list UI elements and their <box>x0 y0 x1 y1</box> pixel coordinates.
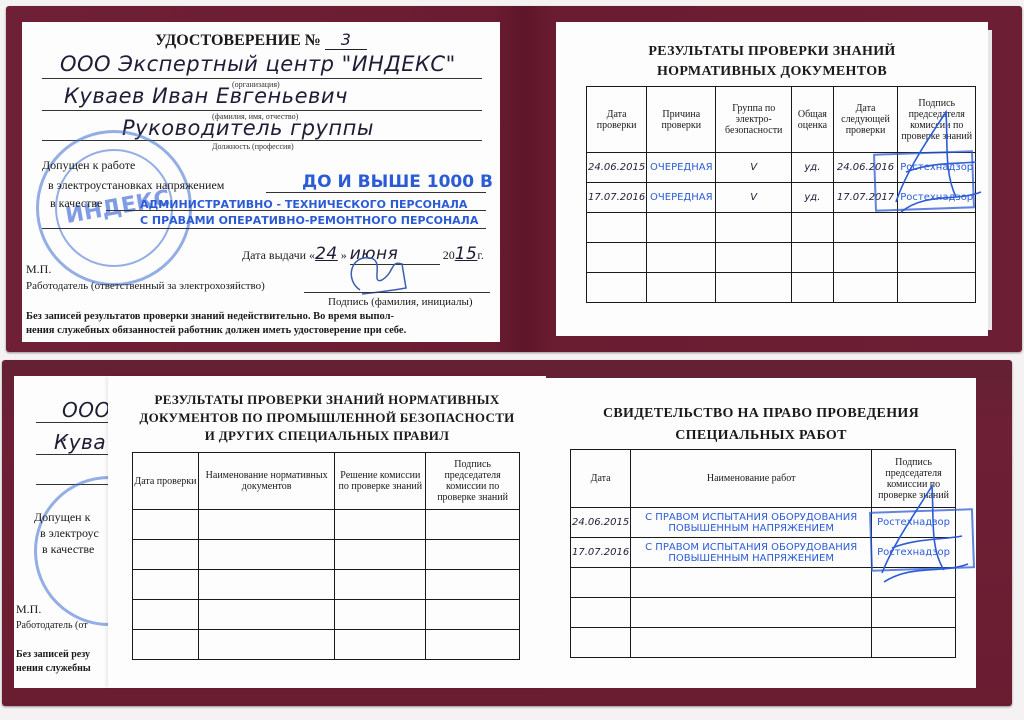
underlying-name: Кува <box>54 430 106 454</box>
employer-label: Работодатель (ответственный за электрохо… <box>26 280 265 292</box>
col-date: Дата проверки <box>587 87 647 153</box>
full-name-line <box>42 110 482 111</box>
organization-value: ООО Экспертный центр "ИНДЕКС" <box>60 52 456 76</box>
capacity-line-2 <box>42 228 486 229</box>
cell-date <box>587 243 647 273</box>
col-reason: Причина проверки <box>647 87 716 153</box>
table-row <box>587 243 976 273</box>
table-cell <box>133 630 199 660</box>
commission-signature <box>886 102 986 222</box>
cell-date <box>587 273 647 303</box>
capacity-value-line2: С ПРАВАМИ ОПЕРАТИВНО-РЕМОНТНОГО ПЕРСОНАЛ… <box>140 214 478 227</box>
seal-label: М.П. <box>26 262 51 277</box>
certificate-title: УДОСТОВЕРЕНИЕ № 3 <box>22 30 500 50</box>
cell-grade: уд. <box>792 183 834 213</box>
cell-group: V <box>716 153 792 183</box>
table-cell <box>198 540 335 570</box>
cell-next-date <box>833 243 898 273</box>
cell-group <box>716 273 792 303</box>
position-value: Руководитель группы <box>122 116 374 140</box>
cell-work-name <box>631 598 872 628</box>
table-cell <box>426 540 520 570</box>
table-row <box>587 273 976 303</box>
full-name-value: Куваев Иван Евгеньевич <box>64 84 348 108</box>
cell-grade: уд. <box>792 153 834 183</box>
col-signature: Подпись председателя комиссии по проверк… <box>426 453 520 510</box>
cell-group <box>716 213 792 243</box>
table-cell <box>426 630 520 660</box>
table-cell <box>133 600 199 630</box>
cell-date: 17.07.2016 <box>587 183 647 213</box>
underlying-line-2 <box>36 454 116 455</box>
industrial-safety-page: РЕЗУЛЬТАТЫ ПРОВЕРКИ ЗНАНИЙ НОРМАТИВНЫХ Д… <box>108 376 546 688</box>
cell-reason <box>647 213 716 243</box>
col-decision: Решение комиссии по проверке знаний <box>335 453 426 510</box>
cell-date <box>587 213 647 243</box>
voltage-label: в электроустановках напряжением <box>48 178 224 193</box>
table-row <box>571 598 956 628</box>
underlying-seal-label: М.П. <box>16 602 41 617</box>
knowledge-check-title-line2: НОРМАТИВНЫХ ДОКУМЕНТОВ <box>556 64 988 80</box>
cell-reason: ОЧЕРЕДНАЯ <box>647 183 716 213</box>
organization-line <box>42 78 482 79</box>
cell-work-name <box>631 628 872 658</box>
certificate-page: УДОСТОВЕРЕНИЕ № 3 ООО Экспертный центр "… <box>22 22 500 342</box>
cell-reason <box>647 243 716 273</box>
underlying-voltage: в электроус <box>40 526 99 541</box>
industrial-safety-title-line1: РЕЗУЛЬТАТЫ ПРОВЕРКИ ЗНАНИЙ НОРМАТИВНЫХ <box>108 392 546 408</box>
table-row <box>571 628 956 658</box>
issue-year: 15 <box>455 244 478 264</box>
work-name-line2: ПОВЫШЕННЫМ НАПРЯЖЕНИЕМ <box>632 523 870 534</box>
work-name-line2: ПОВЫШЕННЫМ НАПРЯЖЕНИЕМ <box>632 553 870 564</box>
underlying-capacity: в качестве <box>42 542 94 557</box>
cell-grade <box>792 273 834 303</box>
cell-group <box>716 243 792 273</box>
cell-date <box>571 628 631 658</box>
voltage-value: ДО И ВЫШЕ 1000 В <box>302 172 493 192</box>
industrial-safety-table: Дата проверки Наименование нормативных д… <box>132 452 520 660</box>
table-cell <box>335 570 426 600</box>
cell-reason: ОЧЕРЕДНАЯ <box>647 153 716 183</box>
col-grade: Общая оценка <box>792 87 834 153</box>
cell-group: V <box>716 183 792 213</box>
cell-reason <box>647 273 716 303</box>
cell-date <box>571 598 631 628</box>
underlying-line-1 <box>36 422 116 423</box>
issue-day: 24 <box>315 244 338 264</box>
table-cell <box>426 510 520 540</box>
cell-signature <box>872 598 956 628</box>
table-row <box>133 600 520 630</box>
cell-date <box>571 568 631 598</box>
col-group: Группа по электро-безопасности <box>716 87 792 153</box>
table-cell <box>198 630 335 660</box>
table-row <box>133 570 520 600</box>
table-cell <box>335 540 426 570</box>
underlying-employer: Работодатель (от <box>16 620 88 631</box>
col-work-name: Наименование работ <box>631 450 872 508</box>
table-cell <box>198 600 335 630</box>
table-cell <box>133 510 199 540</box>
table-row <box>133 510 520 540</box>
table-cell <box>198 570 335 600</box>
cell-date: 17.07.2016 <box>571 538 631 568</box>
industrial-safety-title-line2: ДОКУМЕНТОВ ПО ПРОМЫШЛЕННОЙ БЕЗОПАСНОСТИ <box>108 410 546 426</box>
cell-grade <box>792 213 834 243</box>
certificate-number: 3 <box>325 30 367 50</box>
underlying-note-2: нения служебны <box>16 662 91 676</box>
underlying-admitted: Допущен к <box>34 510 90 525</box>
cell-work-name <box>631 568 872 598</box>
table-cell <box>335 630 426 660</box>
knowledge-check-page: РЕЗУЛЬТАТЫ ПРОВЕРКИ ЗНАНИЙ НОРМАТИВНЫХ Д… <box>556 22 988 336</box>
cell-work-name: С ПРАВОМ ИСПЫТАНИЯ ОБОРУДОВАНИЯПОВЫШЕННЫ… <box>631 508 872 538</box>
special-works-page: СВИДЕТЕЛЬСТВО НА ПРАВО ПРОВЕДЕНИЯ СПЕЦИА… <box>546 378 976 688</box>
work-name-line1: С ПРАВОМ ИСПЫТАНИЯ ОБОРУДОВАНИЯ <box>632 542 870 553</box>
col-date: Дата проверки <box>133 453 199 510</box>
work-name-line1: С ПРАВОМ ИСПЫТАНИЯ ОБОРУДОВАНИЯ <box>632 512 870 523</box>
cell-next-date <box>833 273 898 303</box>
table-header-row: Дата проверки Наименование нормативных д… <box>133 453 520 510</box>
table-row <box>133 630 520 660</box>
footer-note-line1: Без записей результатов проверки знаний … <box>26 310 394 324</box>
footer-note-line2: нения служебных обязанностей работник до… <box>26 324 406 338</box>
signature-caption: Подпись (фамилия, инициалы) <box>328 296 473 308</box>
table-cell <box>198 510 335 540</box>
col-date: Дата <box>571 450 631 508</box>
special-works-title-line2: СПЕЦИАЛЬНЫХ РАБОТ <box>546 428 976 444</box>
knowledge-check-title-line1: РЕЗУЛЬТАТЫ ПРОВЕРКИ ЗНАНИЙ <box>556 44 988 60</box>
cell-signature <box>898 243 976 273</box>
admitted-label: Допущен к работе <box>42 158 135 173</box>
underlying-certificate-page: ООО . Кува Допущен к в электроус в качес… <box>14 376 114 688</box>
table-cell <box>335 600 426 630</box>
position-caption: Должность (профессия) <box>212 142 294 151</box>
employer-line <box>304 292 490 293</box>
special-works-title-line1: СВИДЕТЕЛЬСТВО НА ПРАВО ПРОВЕДЕНИЯ <box>546 406 976 422</box>
cell-work-name: С ПРАВОМ ИСПЫТАНИЯ ОБОРУДОВАНИЯПОВЫШЕННЫ… <box>631 538 872 568</box>
voltage-line <box>266 192 486 193</box>
capacity-value-line1: АДМИНИСТРАТИВНО - ТЕХНИЧЕСКОГО ПЕРСОНАЛА <box>140 198 467 211</box>
table-cell <box>335 510 426 540</box>
capacity-label: в качестве <box>50 196 102 211</box>
underlying-note-1: Без записей резу <box>16 648 90 662</box>
table-cell <box>133 570 199 600</box>
commission-signature-2 <box>872 478 972 588</box>
table-cell <box>426 600 520 630</box>
col-document-name: Наименование нормативных документов <box>198 453 335 510</box>
table-cell <box>133 540 199 570</box>
cell-date: 24.06.2015 <box>571 508 631 538</box>
table-cell <box>426 570 520 600</box>
industrial-safety-title-line3: И ДРУГИХ СПЕЦИАЛЬНЫХ ПРАВИЛ <box>108 428 546 444</box>
cell-signature <box>872 628 956 658</box>
cell-grade <box>792 243 834 273</box>
cell-date: 24.06.2015 <box>587 153 647 183</box>
cell-signature <box>898 273 976 303</box>
table-row <box>133 540 520 570</box>
